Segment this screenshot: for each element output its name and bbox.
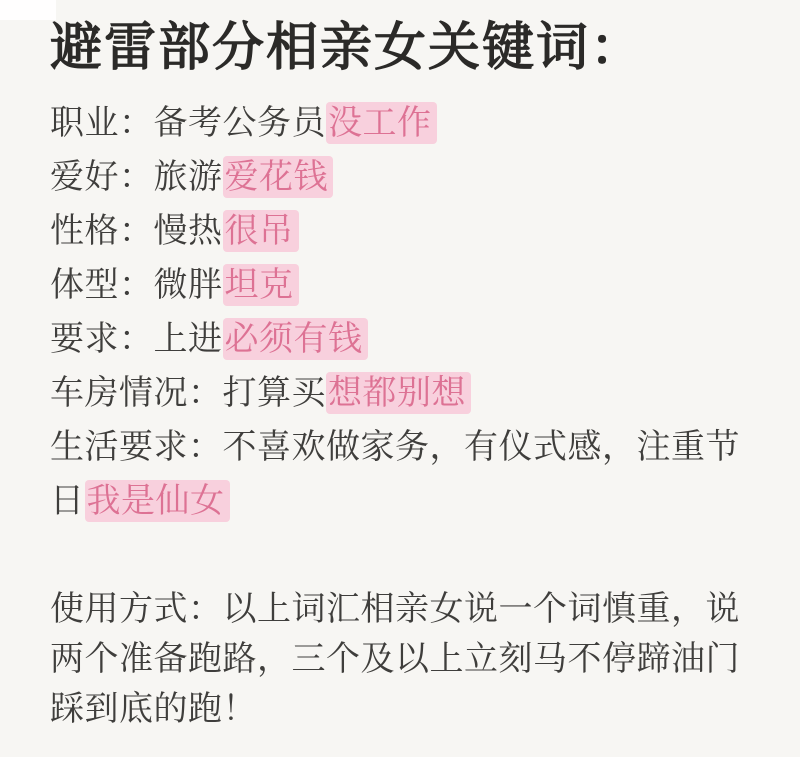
keyword-normal-text: 车房情况：打算买 bbox=[50, 374, 326, 412]
keyword-highlight: 爱花钱 bbox=[223, 156, 334, 198]
page-title: 避雷部分相亲女关键词： bbox=[50, 16, 750, 80]
meme-text-image: 避雷部分相亲女关键词： 职业：备考公务员没工作 爱好：旅游爱花钱 性格：慢热很吊… bbox=[0, 0, 800, 757]
keyword-highlight: 必须有钱 bbox=[223, 318, 368, 360]
keyword-highlight: 没工作 bbox=[326, 102, 437, 144]
usage-note: 使用方式：以上词汇相亲女说一个词慎重，说两个准备跑路，三个及以上立刻马不停蹄油门… bbox=[50, 584, 750, 734]
keyword-line: 车房情况：打算买想都别想 bbox=[50, 366, 750, 420]
keyword-line: 爱好：旅游爱花钱 bbox=[50, 150, 750, 204]
keyword-line: 要求：上进必须有钱 bbox=[50, 312, 750, 366]
keyword-highlight: 坦克 bbox=[223, 264, 299, 306]
keyword-line: 性格：慢热很吊 bbox=[50, 204, 750, 258]
keyword-line: 体型：微胖坦克 bbox=[50, 258, 750, 312]
keyword-normal-text: 体型：微胖 bbox=[50, 266, 223, 304]
keyword-list: 职业：备考公务员没工作 爱好：旅游爱花钱 性格：慢热很吊 体型：微胖坦克 要求：… bbox=[50, 96, 750, 528]
keyword-normal-text: 要求：上进 bbox=[50, 320, 223, 358]
keyword-highlight: 我是仙女 bbox=[85, 480, 230, 522]
content-area: 避雷部分相亲女关键词： 职业：备考公务员没工作 爱好：旅游爱花钱 性格：慢热很吊… bbox=[0, 0, 800, 734]
keyword-highlight: 很吊 bbox=[223, 210, 299, 252]
keyword-line: 职业：备考公务员没工作 bbox=[50, 96, 750, 150]
keyword-line: 生活要求：不喜欢做家务，有仪式感，注重节日我是仙女 bbox=[50, 420, 750, 528]
keyword-normal-text: 职业：备考公务员 bbox=[50, 104, 326, 142]
keyword-normal-text: 性格：慢热 bbox=[50, 212, 223, 250]
keyword-highlight: 想都别想 bbox=[326, 372, 471, 414]
keyword-normal-text: 爱好：旅游 bbox=[50, 158, 223, 196]
